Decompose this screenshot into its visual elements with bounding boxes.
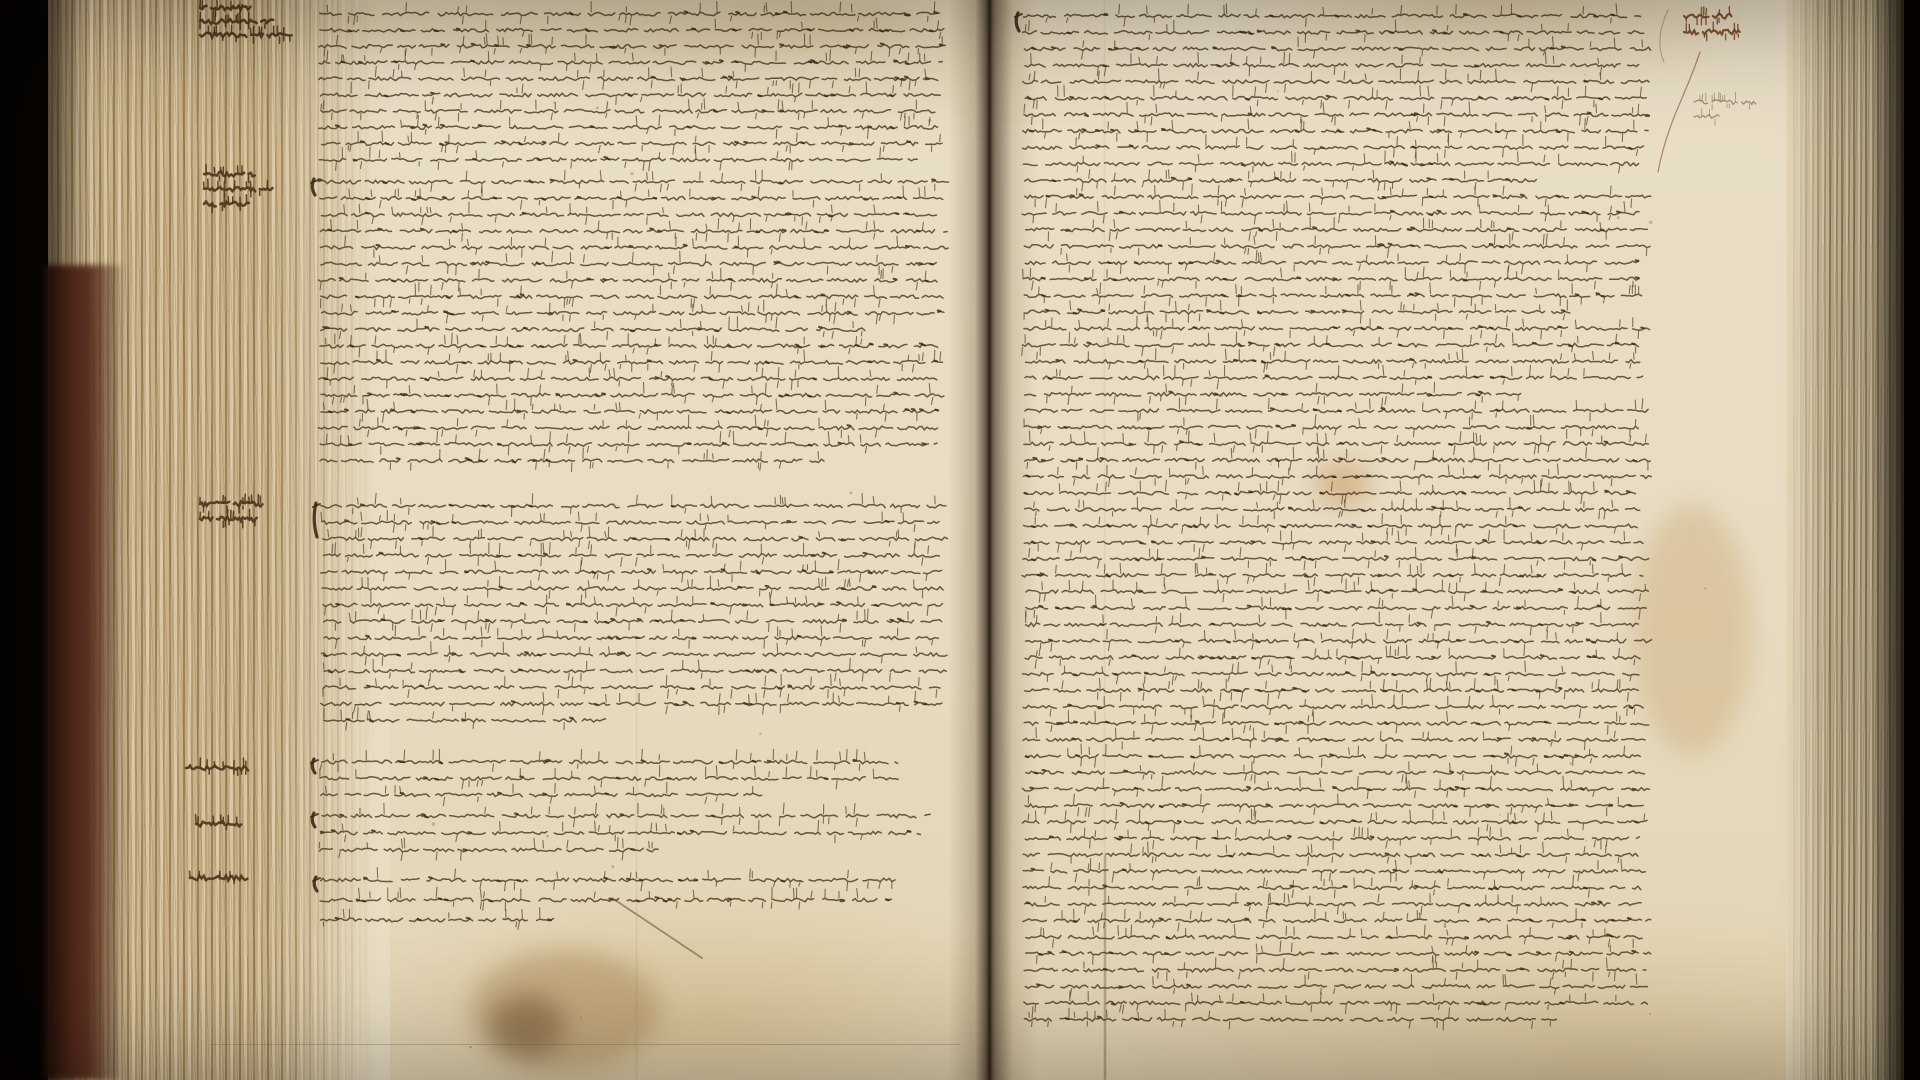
ink-block-left-d [311,749,898,805]
ink-marginalia [186,0,292,884]
ink-block-left-c [313,493,948,730]
ink-block-left-e [311,803,930,861]
manuscript-photo: p Capella Trinitatis de Bradwell de nane… [0,0,1920,1080]
ink-block-right-main [1015,4,1652,1030]
ink-block-left-f [313,868,895,930]
handwriting-ink-layer [0,0,1920,1080]
ink-specks [372,74,1706,1048]
ink-block-left-a [319,1,946,170]
ink-block-left-b [311,170,949,471]
ink-corner-rubric [1658,7,1740,173]
ink-side-note [1694,92,1756,125]
ink-flourish-left [612,898,702,958]
